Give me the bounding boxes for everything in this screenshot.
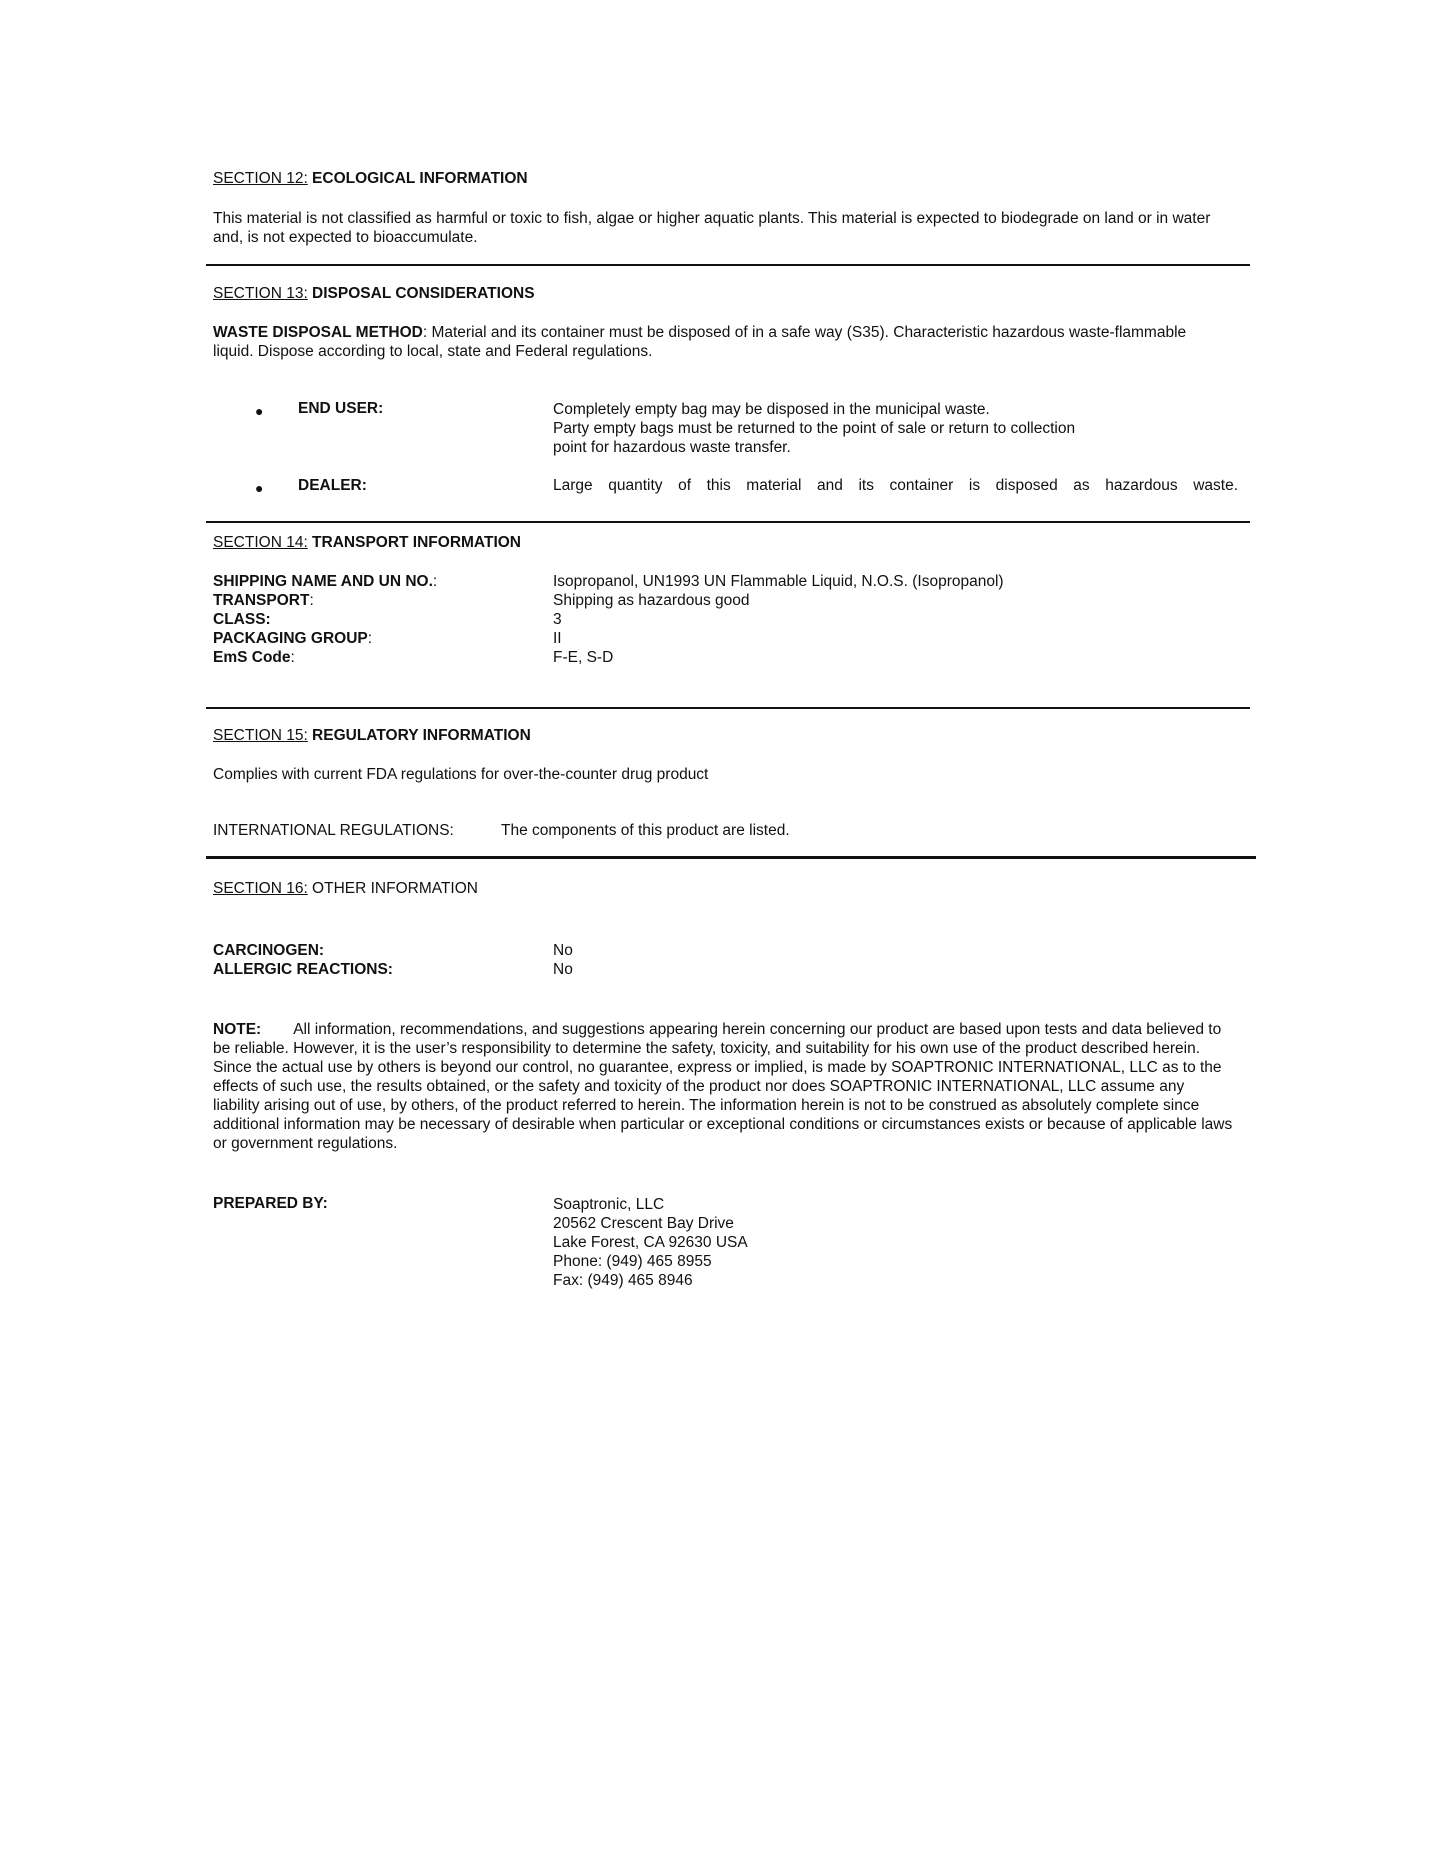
waste-disposal-method: WASTE DISPOSAL METHOD: Material and its … (213, 323, 1203, 361)
dealer-label: DEALER: (298, 477, 367, 495)
prepared-by-address: Soaptronic, LLC 20562 Crescent Bay Drive… (553, 1195, 748, 1290)
bullet-icon: ● (255, 480, 263, 496)
section-15-number: SECTION 15: (213, 727, 308, 744)
end-user-text: Completely empty bag may be disposed in … (553, 400, 1075, 457)
allergic-reactions-value: No (553, 960, 573, 979)
section-13-number: SECTION 13: (213, 285, 308, 302)
note-text: All information, recommendations, and su… (213, 1021, 1232, 1152)
section-14-heading: SECTION 14: TRANSPORT INFORMATION (213, 534, 521, 552)
prepared-by-label: PREPARED BY: (213, 1195, 328, 1213)
international-regulations-label: INTERNATIONAL REGULATIONS: (213, 822, 454, 840)
dealer-text: Large quantity of this material and its … (553, 477, 1238, 495)
transport-value: Shipping as hazardous good (553, 591, 1004, 610)
divider (206, 521, 1250, 523)
carcinogen-label: CARCINOGEN: (213, 941, 393, 960)
ems-code-value: F-E, S-D (553, 648, 1004, 667)
shipping-name-value: Isopropanol, UN1993 UN Flammable Liquid,… (553, 572, 1004, 591)
divider (206, 856, 1256, 859)
section-16-title: OTHER INFORMATION (308, 880, 478, 897)
section-15-title: REGULATORY INFORMATION (308, 727, 531, 744)
class-value: 3 (553, 610, 1004, 629)
section-16-number: SECTION 16: (213, 880, 308, 897)
section-14-number: SECTION 14: (213, 534, 308, 551)
note-paragraph: NOTE:All information, recommendations, a… (213, 1020, 1233, 1153)
transport-label: TRANSPORT: (213, 591, 437, 610)
class-label: CLASS: (213, 610, 437, 629)
other-info-labels: CARCINOGEN: ALLERGIC REACTIONS: (213, 941, 393, 979)
section-13-title: DISPOSAL CONSIDERATIONS (308, 285, 535, 302)
allergic-reactions-label: ALLERGIC REACTIONS: (213, 960, 393, 979)
section-13-heading: SECTION 13: DISPOSAL CONSIDERATIONS (213, 285, 535, 303)
bullet-icon: ● (255, 403, 263, 419)
note-label: NOTE: (213, 1021, 261, 1038)
end-user-label: END USER: (298, 400, 383, 418)
packaging-group-value: II (553, 629, 1004, 648)
divider (206, 264, 1250, 266)
divider (206, 707, 1250, 709)
other-info-values: No No (553, 941, 573, 979)
section-12-heading: SECTION 12: ECOLOGICAL INFORMATION (213, 170, 528, 188)
company-name: Soaptronic, LLC (553, 1195, 748, 1214)
carcinogen-value: No (553, 941, 573, 960)
section-12-title: ECOLOGICAL INFORMATION (308, 170, 528, 187)
phone-number: Phone: (949) 465 8955 (553, 1252, 748, 1271)
street-address: 20562 Crescent Bay Drive (553, 1214, 748, 1233)
section-16-heading: SECTION 16: OTHER INFORMATION (213, 880, 478, 898)
transport-labels: SHIPPING NAME AND UN NO.: TRANSPORT: CLA… (213, 572, 437, 667)
international-regulations-value: The components of this product are liste… (501, 822, 790, 840)
section-12-body: This material is not classified as harmf… (213, 209, 1238, 247)
section-12-number: SECTION 12: (213, 170, 308, 187)
shipping-name-label: SHIPPING NAME AND UN NO.: (213, 572, 437, 591)
section-15-body: Complies with current FDA regulations fo… (213, 766, 708, 784)
section-15-heading: SECTION 15: REGULATORY INFORMATION (213, 727, 531, 745)
fax-number: Fax: (949) 465 8946 (553, 1271, 748, 1290)
city-state-zip: Lake Forest, CA 92630 USA (553, 1233, 748, 1252)
ems-code-label: EmS Code: (213, 648, 437, 667)
packaging-group-label: PACKAGING GROUP: (213, 629, 437, 648)
section-14-title: TRANSPORT INFORMATION (308, 534, 521, 551)
transport-values: Isopropanol, UN1993 UN Flammable Liquid,… (553, 572, 1004, 667)
waste-disposal-label: WASTE DISPOSAL METHOD (213, 324, 423, 341)
